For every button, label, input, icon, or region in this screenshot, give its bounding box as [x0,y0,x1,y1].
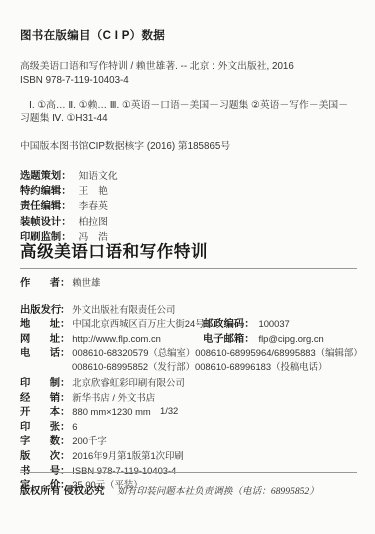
pub-label: 电子邮箱 [203,334,244,345]
colon: ： [61,171,71,182]
pub-secondary-postcode: 邮政编码：100037 [203,317,290,332]
pub-row-publisher: 出版发行：外文出版社有限责任公司 [20,303,357,318]
credits-list: 选题策划：知语文化 特约编辑：王 艳 责任编辑：李春英 装帧设计：柏拉图 印刷监… [20,168,357,244]
pub-row-printer: 印制：北京欣睿虹彩印刷有限公司 [20,376,357,391]
pub-row-isbn: 书号：ISBN 978-7-119-10403-4 [20,464,357,479]
pub-row-edition: 版次：2016年9月第1版第1次印刷 [20,449,357,464]
pub-value-url: http://www.flp.com.cn [72,333,161,344]
credit-row-planning: 选题策划：知语文化 [20,168,357,183]
pub-row-format: 开本：880 mm×1230 mm 1/32 [20,405,357,420]
pub-value: 北京欣睿虹彩印刷有限公司 [72,377,185,388]
credit-value: 王 艳 [78,186,107,197]
pub-row-word-count: 字数：200千字 [20,434,357,449]
divider-top [20,268,357,269]
book-copyright-page: 图书在版编目（C I P）数据 高级美语口语和写作特训 / 赖世雄著. -- 北… [0,0,375,534]
pub-label: 邮政编码 [203,319,244,330]
copyright-line: 版权所有 侵权必究如有印装问题本社负责调换（电话：68995852） [20,481,357,499]
pub-row-address: 地址：中国北京西城区百万庄大街24号 邮政编码：100037 [20,317,357,332]
divider-bottom [20,472,357,473]
pub-value: 6 [72,421,77,432]
credit-label: 装帧设计 [20,217,61,228]
colon: ： [60,278,70,289]
pub-value: ISBN 978-7-119-10403-4 [72,465,176,476]
pub-row-website: 网址：http://www.flp.com.cn 电子邮箱：flp@cipg.o… [20,332,357,347]
pub-value-email: flp@cipg.org.cn [258,333,323,344]
credit-value: 知语文化 [78,171,117,182]
pub-label: 出版发行 [20,305,60,318]
pub-row-distributor: 经销：新华书店 / 外文书店 [20,391,357,406]
cip-header: 图书在版编目（C I P）数据 [20,27,357,43]
pub-label: 地址 [20,319,60,332]
pub-label: 网址 [20,334,60,347]
colon: ： [61,186,71,197]
cip-registration-number: 中国版本图书馆CIP数据核字 (2016) 第185865号 [20,138,357,152]
credit-label: 选题策划 [20,171,61,182]
pub-row-sheets: 印张：6 [20,420,357,435]
copyright-notice: 如有印装问题本社负责调换（电话：68995852） [117,486,318,497]
colon: ： [60,393,70,404]
pub-label: 作者 [20,278,60,291]
colon: ： [60,305,70,316]
credit-value: 柏拉图 [78,217,107,228]
credit-label: 特约编辑 [20,186,61,197]
book-title: 高级美语口语和写作特训 [20,238,357,262]
pub-label: 印制 [20,378,60,391]
pub-value-sheet-fraction: 1/32 [160,405,178,418]
pub-value: 赖世雄 [72,277,100,288]
pub-value: 200千字 [72,435,106,446]
pub-value: 008610-68320579（总编室）008610-68995964/6899… [72,347,362,358]
pub-value: 100037 [258,318,289,329]
pub-label: 电话 [20,348,60,361]
colon: ： [60,407,70,418]
colon: ： [60,334,70,345]
credit-value: 李春英 [78,201,107,212]
pub-value: 2016年9月第1版第1次印刷 [72,450,184,461]
pub-label: 版次 [20,451,60,464]
pub-value: 新华书店 / 外文书店 [72,392,155,403]
colon: ： [60,348,70,359]
colon: ： [244,334,254,345]
cip-record-title-line: 高级美语口语和写作特训 / 赖世雄著. -- 北京 : 外文出版社, 2016 [20,60,357,74]
credit-row-responsible-editor: 责任编辑：李春英 [20,198,357,213]
credit-label: 责任编辑 [20,201,61,212]
pub-row-telephone: 电话：008610-68320579（总编室）008610-68995964/6… [20,346,357,373]
cip-record: 高级美语口语和写作特训 / 赖世雄著. -- 北京 : 外文出版社, 2016 … [20,60,357,87]
pub-value: 880 mm×1230 mm [72,406,150,417]
colon: ： [60,436,70,447]
pub-label: 字数 [20,436,60,449]
colon: ： [60,451,70,462]
pub-label: 印张 [20,422,60,435]
pub-label: 开本 [20,407,60,420]
credit-row-contributing-editor: 特约编辑：王 艳 [20,183,357,198]
pub-secondary-email: 电子邮箱：flp@cipg.org.cn [203,332,324,347]
cip-classification: Ⅰ. ①高… Ⅱ. ①赖… Ⅲ. ①英语－口语－美国－习题集 ②英语－写作－美国… [20,99,357,125]
colon: ： [61,201,71,212]
colon: ： [60,378,70,389]
pub-value: 外文出版社有限责任公司 [72,304,175,315]
colon: ： [60,319,70,330]
copyright-warning: 版权所有 侵权必究 [20,486,104,497]
colon: ： [60,422,70,433]
pub-row-author: 作者：赖世雄 [20,276,357,291]
pub-label: 经销 [20,393,60,406]
colon: ： [244,319,254,330]
cip-record-isbn-line: ISBN 978-7-119-10403-4 [20,74,357,88]
colon: ： [61,217,71,228]
pub-value: 中国北京西城区百万庄大街24号 [72,318,204,329]
publication-info: 作者：赖世雄 出版发行：外文出版社有限责任公司 地址：中国北京西城区百万庄大街2… [20,276,357,493]
credit-row-design: 装帧设计：柏拉图 [20,214,357,229]
pub-value-telephone-line2: 008610-68995852（发行部）008610-68996183（投稿电话… [72,361,357,374]
